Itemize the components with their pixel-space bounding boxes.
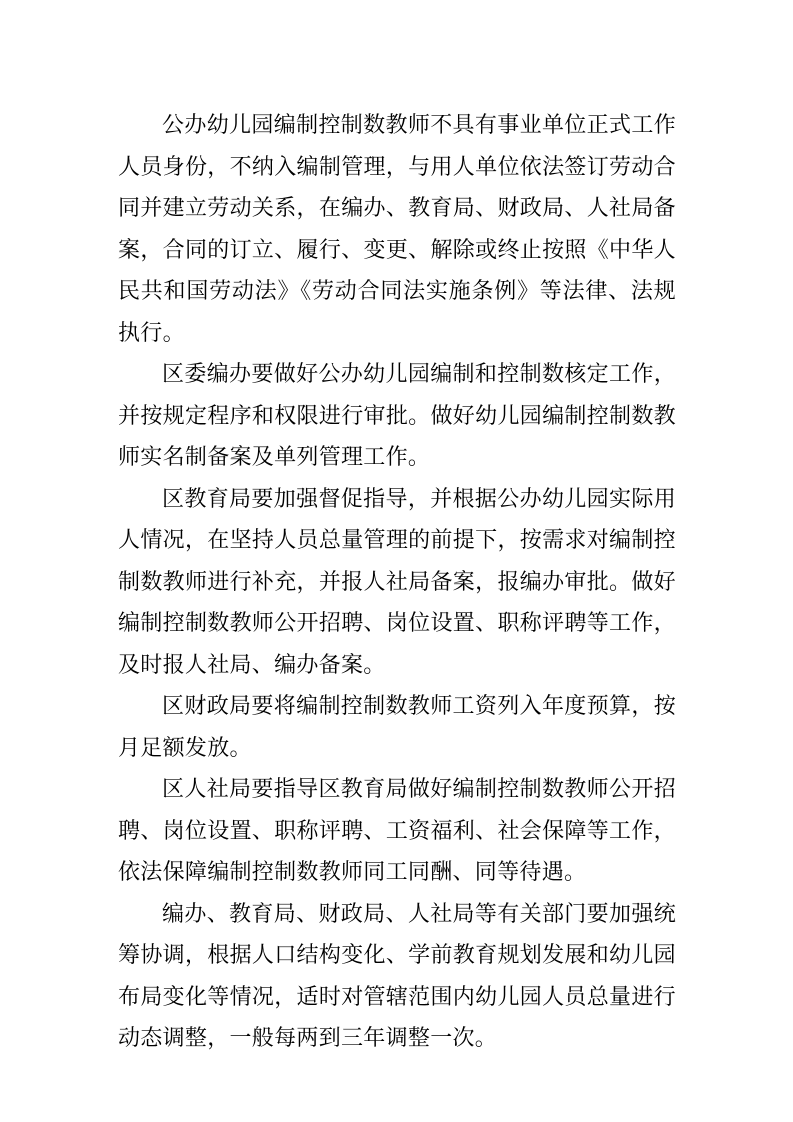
paragraph: 区委编办要做好公办幼儿园编制和控制数核定工作，并按规定程序和权限进行审批。做好幼… [118,353,676,478]
paragraph: 区教育局要加强督促指导，并根据公办幼儿园实际用人情况，在坚持人员总量管理的前提下… [118,478,676,686]
paragraph: 区财政局要将编制控制数教师工资列入年度预算，按月足额发放。 [118,685,676,768]
paragraph: 编办、教育局、财政局、人社局等有关部门要加强统筹协调，根据人口结构变化、学前教育… [118,893,676,1059]
paragraph: 区人社局要指导区教育局做好编制控制数教师公开招聘、岗位设置、职称评聘、工资福利、… [118,768,676,893]
document-body: 公办幼儿园编制控制数教师不具有事业单位正式工作人员身份，不纳入编制管理，与用人单… [118,104,676,1059]
paragraph: 公办幼儿园编制控制数教师不具有事业单位正式工作人员身份，不纳入编制管理，与用人单… [118,104,676,353]
document-page: 公办幼儿园编制控制数教师不具有事业单位正式工作人员身份，不纳入编制管理，与用人单… [0,0,793,1122]
